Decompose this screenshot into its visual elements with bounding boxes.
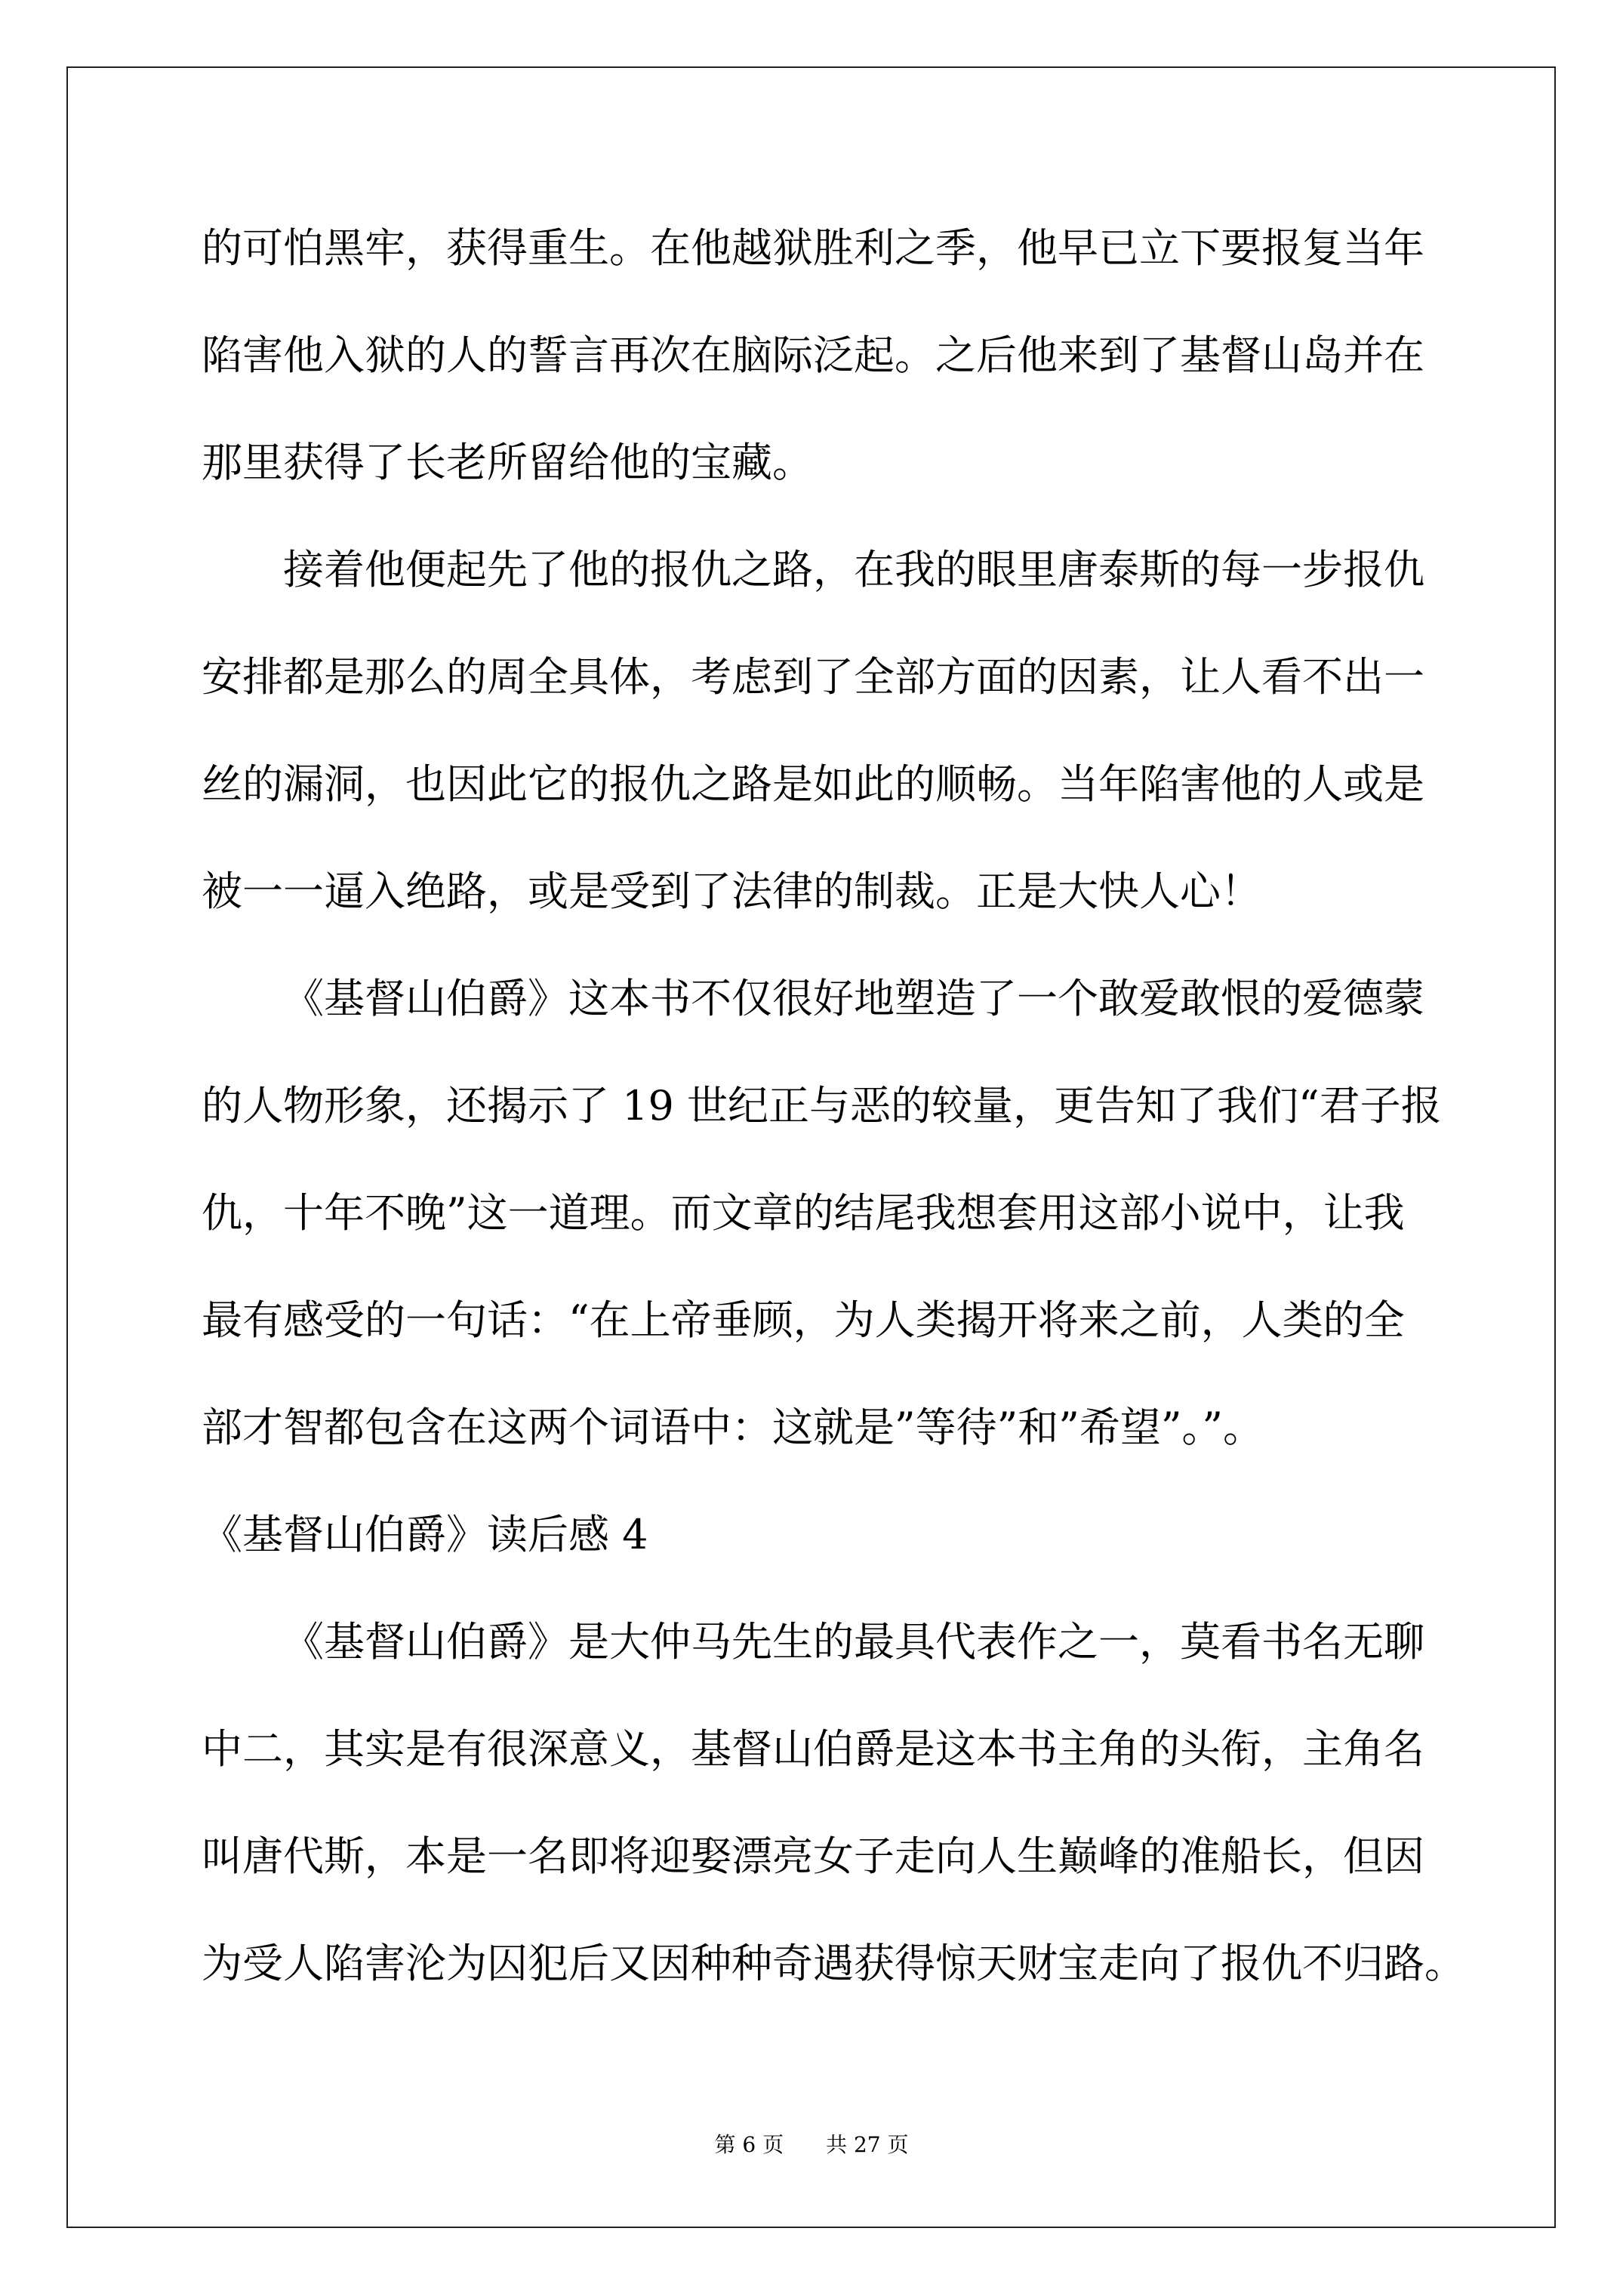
page-total: 共 27 页	[826, 2127, 908, 2163]
text-line: 丝的漏洞，也因此它的报仇之路是如此的顺畅。当年陷害他的人或是	[202, 731, 1470, 838]
text-line: 仇，十年不晚”这一道理。而文章的结尾我想套用这部小说中，让我	[202, 1160, 1470, 1267]
text-line: 的人物形象，还揭示了 19 世纪正与恶的较量，更告知了我们“君子报	[202, 1052, 1470, 1160]
paragraph-start-line: 《基督山伯爵》这本书不仅很好地塑造了一个敢爱敢恨的爱德蒙	[283, 945, 1551, 1052]
paragraph-start-line: 接着他便起先了他的报仇之路，在我的眼里唐泰斯的每一步报仇	[283, 516, 1551, 624]
page-number: 第 6 页	[714, 2127, 784, 2163]
section-heading: 《基督山伯爵》读后感 4	[202, 1481, 1470, 1589]
text-line: 为受人陷害沦为囚犯后又因种种奇遇获得惊天财宝走向了报仇不归路。	[202, 1910, 1470, 2017]
paragraph-start-line: 《基督山伯爵》是大仲马先生的最具代表作之一，莫看书名无聊	[283, 1589, 1551, 1696]
text-line: 中二，其实是有很深意义，基督山伯爵是这本书主角的头衔，主角名	[202, 1696, 1470, 1803]
text-line: 的可怕黑牢，获得重生。在他越狱胜利之季，他早已立下要报复当年	[202, 195, 1470, 302]
text-line: 那里获得了长老所留给他的宝藏。	[202, 409, 1470, 516]
text-line: 最有感受的一句话：“在上帝垂顾，为人类揭开将来之前，人类的全	[202, 1267, 1470, 1374]
text-line: 陷害他入狱的人的誓言再次在脑际泛起。之后他来到了基督山岛并在	[202, 302, 1470, 409]
text-line: 部才智都包含在这两个词语中：这就是”等待”和”希望”。”。	[202, 1374, 1470, 1481]
text-line: 叫唐代斯，本是一名即将迎娶漂亮女子走向人生巅峰的准船长，但因	[202, 1803, 1470, 1910]
text-line: 安排都是那么的周全具体，考虑到了全部方面的因素，让人看不出一	[202, 624, 1470, 731]
text-line: 被一一逼入绝路，或是受到了法律的制裁。正是大快人心！	[202, 838, 1470, 945]
page-footer: 第 6 页共 27 页	[0, 2127, 1623, 2163]
